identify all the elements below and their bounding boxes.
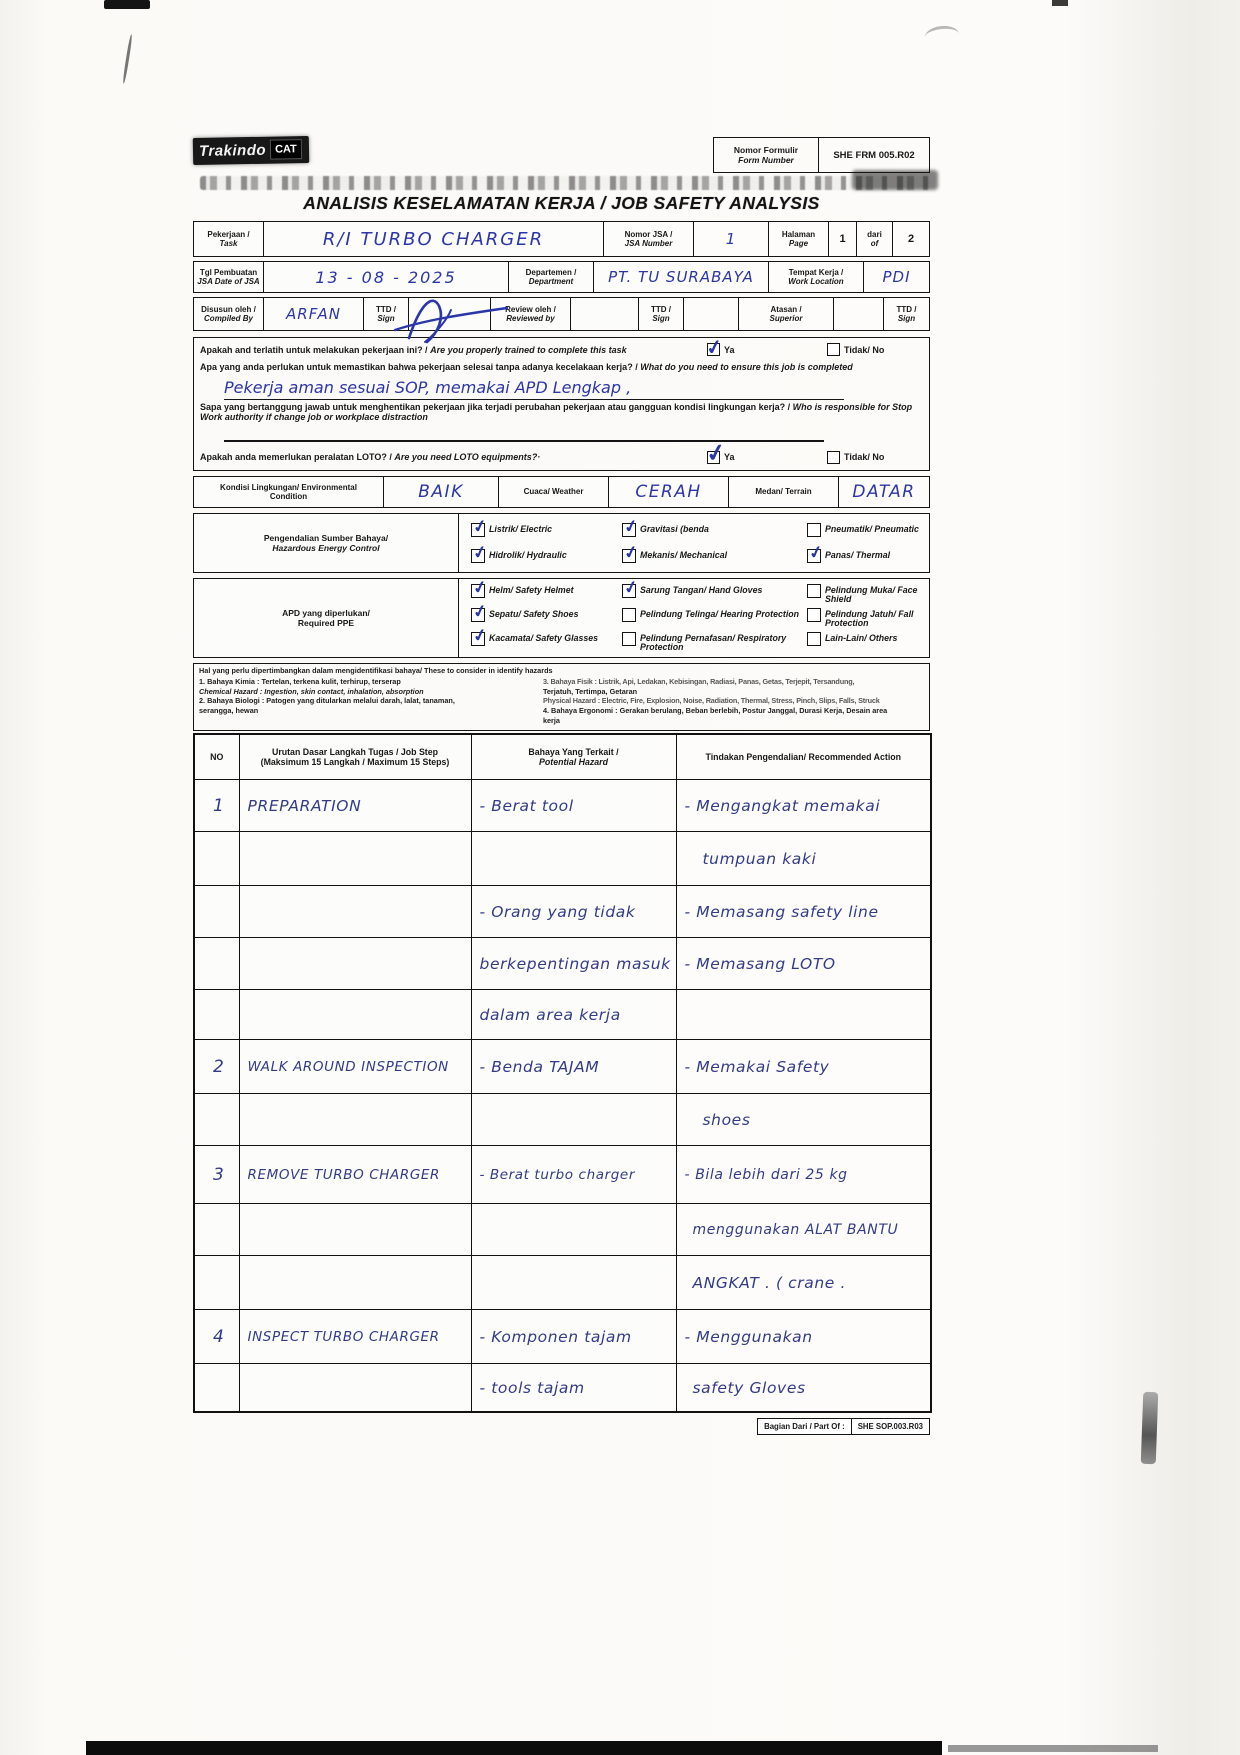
form-number-value: SHE FRM 005.R02	[819, 138, 929, 172]
question-loto-id: Apakah anda memerlukan peralatan LOTO? /	[200, 452, 392, 462]
question-trained-en: Are you properly trained to complete thi…	[430, 345, 627, 355]
questions-box: Apakah and terlatih untuk melakukan peke…	[193, 337, 930, 471]
header-no: NO	[194, 734, 239, 780]
checkbox-icon: ✓	[807, 549, 821, 563]
part-of-value: SHE SOP.003.R03	[852, 1418, 930, 1435]
task-row: Pekerjaan /Task R/I TURBO CHARGER Nomor …	[193, 221, 930, 257]
question-trained: Apakah and terlatih untuk melakukan peke…	[200, 341, 923, 358]
checkbox-icon: ✓	[707, 343, 720, 356]
yes-label: Ya	[724, 345, 735, 355]
checkmark-icon: ✓	[622, 516, 640, 539]
checkbox-icon	[807, 632, 821, 646]
no-label: Tidak/ No	[844, 345, 884, 355]
signature-icon	[395, 290, 515, 346]
form-footer: Bagian Dari / Part Of : SHE SOP.003.R03	[193, 1418, 930, 1435]
table-row: - tools tajam safety Gloves	[194, 1364, 931, 1412]
question-ensure-id: Apa yang anda perlukan untuk memastikan …	[200, 362, 638, 372]
page-title: ANALISIS KESELAMATAN KERJA / JOB SAFETY …	[193, 193, 930, 214]
choice-yes-trained: ✓ Ya	[707, 343, 827, 356]
page-label: HalamanPage	[769, 222, 829, 256]
of-value: 2	[893, 222, 929, 256]
terrain-value: DATAR	[839, 477, 929, 507]
sign-label-3: TTD /Sign	[884, 298, 929, 330]
scan-artifact	[1052, 0, 1068, 6]
hazard-notes-title: Hal yang perlu dipertimbangkan dalam men…	[199, 667, 924, 676]
terrain-label: Medan/ Terrain	[729, 477, 839, 507]
scan-artifact	[1141, 1392, 1159, 1464]
energy-control-label: Pengendalian Sumber Bahaya/ Hazardous En…	[194, 514, 459, 572]
table-row: shoes	[194, 1094, 931, 1146]
header-hazard: Bahaya Yang Terkait / Potential Hazard	[471, 734, 676, 780]
checkbox-icon: ✓	[622, 584, 636, 598]
energy-control-grid: ✓ Listrik/ Electric ✓ Gravitasi (benda P…	[459, 514, 929, 572]
date-row: Tgl PembuatanJSA Date of JSA 13 - 08 - 2…	[193, 261, 930, 293]
scan-artifact	[122, 34, 133, 84]
question-trained-id: Apakah and terlatih untuk melakukan peke…	[200, 345, 428, 355]
superior-value	[834, 298, 884, 330]
table-row: berkepentingan masuk - Memasang LOTO	[194, 938, 931, 990]
compiled-by-value: ARFAN	[264, 298, 364, 330]
checkmark-icon: ✓	[471, 516, 489, 539]
checkbox-icon: ✓	[471, 608, 485, 622]
form-header: Trakindo CAT Nomor Formulir Form Number …	[193, 137, 930, 177]
checkbox-icon	[807, 523, 821, 537]
task-label: Pekerjaan /Task	[194, 222, 264, 256]
jsa-form: Trakindo CAT Nomor Formulir Form Number …	[193, 137, 930, 1435]
checkbox-pelindung-pernafasan: Pelindung Pernafasan/ Respiratory Protec…	[622, 632, 807, 653]
checkbox-gravitasi: ✓ Gravitasi (benda	[622, 523, 807, 537]
checkmark-icon: ✓	[704, 334, 725, 362]
scan-artifact	[86, 1741, 942, 1755]
trakindo-logo: Trakindo CAT	[193, 136, 309, 165]
checkbox-icon	[807, 584, 821, 598]
part-of-label: Bagian Dari / Part Of :	[757, 1418, 852, 1435]
environment-row: Kondisi Lingkungan/ Environmental Condit…	[193, 476, 930, 508]
location-value: PDI	[864, 262, 929, 292]
checkbox-pelindung-telinga: Pelindung Telinga/ Hearing Protection	[622, 608, 807, 629]
hazard-notes-box: Hal yang perlu dipertimbangkan dalam men…	[193, 663, 930, 731]
jsa-number-value: 1	[694, 222, 769, 256]
checkbox-icon: ✓	[471, 549, 485, 563]
job-step-table: NO Urutan Dasar Langkah Tugas / Job Step…	[193, 733, 932, 1413]
scanned-page: Trakindo CAT Nomor Formulir Form Number …	[0, 0, 1240, 1755]
question-ensure: Apa yang anda perlukan untuk memastikan …	[200, 358, 923, 375]
table-row: ANGKAT . ( crane .	[194, 1256, 931, 1310]
superior-label: Atasan /Superior	[739, 298, 834, 330]
header-step: Urutan Dasar Langkah Tugas / Job Step (M…	[239, 734, 471, 780]
checkbox-pelindung-muka: Pelindung Muka/ Face Shield	[807, 584, 925, 605]
header-action: Tindakan Pengendalian/ Recommended Actio…	[676, 734, 931, 780]
task-label-en: Task	[207, 239, 249, 249]
choice-yes-loto: ✓ Ya	[707, 451, 827, 464]
checkmark-icon: ✓	[807, 542, 825, 565]
table-row: 2 WALK AROUND INSPECTION - Benda TAJAM -…	[194, 1040, 931, 1094]
ppe-row: APD yang diperlukan/ Required PPE ✓ Helm…	[193, 578, 930, 658]
date-label: Tgl PembuatanJSA Date of JSA	[194, 262, 264, 292]
form-number-label-id: Nomor Formulir	[734, 145, 798, 155]
table-row: - Orang yang tidak - Memasang safety lin…	[194, 886, 931, 938]
table-row: 3 REMOVE TURBO CHARGER - Berat turbo cha…	[194, 1146, 931, 1204]
question-stopwork-id: Sapa yang bertanggung jawab untuk menghe…	[200, 402, 793, 412]
question-stopwork: Sapa yang bertanggung jawab untuk menghe…	[200, 402, 923, 422]
checkmark-icon: ✓	[471, 542, 489, 565]
date-value: 13 - 08 - 2025	[264, 262, 509, 292]
ppe-grid: ✓ Helm/ Safety Helmet ✓ Sarung Tangan/ H…	[459, 579, 929, 657]
table-row: menggunakan ALAT BANTU	[194, 1204, 931, 1256]
checkmark-icon: ✓	[622, 576, 640, 599]
energy-control-row: Pengendalian Sumber Bahaya/ Hazardous En…	[193, 513, 930, 573]
task-value: R/I TURBO CHARGER	[264, 222, 604, 256]
checkbox-mekanis: ✓ Mekanis/ Mechanical	[622, 549, 807, 563]
department-label: Departemen /Department	[509, 262, 594, 292]
checkbox-lain-lain: Lain-Lain/ Others	[807, 632, 925, 653]
question-stopwork-answer	[224, 428, 824, 442]
page-value: 1	[829, 222, 857, 256]
checkbox-panas: ✓ Panas/ Thermal	[807, 549, 925, 563]
checkbox-icon: ✓	[707, 451, 720, 464]
checkbox-kacamata: ✓ Kacamata/ Safety Glasses	[459, 632, 622, 653]
checkbox-pelindung-jatuh: Pelindung Jatuh/ Fall Protection	[807, 608, 925, 629]
table-row: 4 INSPECT TURBO CHARGER - Komponen tajam…	[194, 1310, 931, 1364]
form-number-label: Nomor Formulir Form Number	[714, 138, 819, 172]
task-label-id: Pekerjaan /	[207, 230, 249, 239]
condition-value: BAIK	[384, 477, 499, 507]
form-number-box: Nomor Formulir Form Number SHE FRM 005.R…	[713, 137, 930, 173]
question-loto-en: Are you need LOTO equipments?·	[394, 452, 540, 462]
choice-no-trained: Tidak/ No	[827, 343, 923, 356]
compiled-signature	[409, 298, 491, 330]
checkbox-icon	[622, 608, 636, 622]
checkbox-icon	[622, 632, 636, 646]
table-row: dalam area kerja	[194, 990, 931, 1040]
weather-value: CERAH	[609, 477, 729, 507]
checkbox-pneumatik: Pneumatik/ Pneumatic	[807, 523, 925, 537]
checkbox-icon	[827, 451, 840, 464]
choice-no-loto: Tidak/ No	[827, 451, 923, 464]
checkmark-icon: ✓	[622, 542, 640, 565]
table-header-row: NO Urutan Dasar Langkah Tugas / Job Step…	[194, 734, 931, 780]
sign-label-2: TTD /Sign	[639, 298, 684, 330]
no-label: Tidak/ No	[844, 452, 884, 462]
compiled-row: Disusun oleh /Compiled By ARFAN TTD /Sig…	[193, 297, 930, 331]
of-label: dariof	[857, 222, 893, 256]
question-ensure-answer: Pekerja aman sesuai SOP, memakai APD Len…	[224, 377, 844, 400]
checkbox-sarung-tangan: ✓ Sarung Tangan/ Hand Gloves	[622, 584, 807, 605]
checkbox-hidrolik: ✓ Hidrolik/ Hydraulic	[459, 549, 622, 563]
checkbox-icon	[807, 608, 821, 622]
question-loto: Apakah anda memerlukan peralatan LOTO? /…	[200, 446, 923, 468]
weather-label: Cuaca/ Weather	[499, 477, 609, 507]
hazard-notes-left: 1. Bahaya Kimia : Tertelan, terkena kuli…	[199, 678, 543, 727]
scan-artifact	[924, 24, 960, 46]
trakindo-logo-text: Trakindo	[199, 141, 266, 159]
scan-artifact	[948, 1745, 1158, 1752]
location-label: Tempat Kerja /Work Location	[769, 262, 864, 292]
reviewed-sign-value	[684, 298, 739, 330]
checkbox-icon: ✓	[471, 584, 485, 598]
checkbox-icon: ✓	[622, 523, 636, 537]
scan-artifact	[104, 0, 150, 9]
checkbox-listrik-electric: ✓ Listrik/ Electric	[459, 523, 622, 537]
jsa-number-label: Nomor JSA /JSA Number	[604, 222, 694, 256]
table-row: tumpuan kaki	[194, 832, 931, 886]
ppe-label: APD yang diperlukan/ Required PPE	[194, 579, 459, 657]
checkbox-icon	[827, 343, 840, 356]
checkbox-icon: ✓	[622, 549, 636, 563]
checkbox-icon: ✓	[471, 632, 485, 646]
condition-label: Kondisi Lingkungan/ Environmental Condit…	[194, 477, 384, 507]
compiled-by-label: Disusun oleh /Compiled By	[194, 298, 264, 330]
reviewed-by-value	[571, 298, 639, 330]
cat-logo: CAT	[270, 139, 302, 160]
checkmark-icon: ✓	[471, 576, 489, 599]
table-row: 1 PREPARATION - Berat tool - Mengangkat …	[194, 780, 931, 832]
form-number-label-en: Form Number	[738, 155, 794, 165]
hazard-notes-right: 3. Bahaya Fisik : Listrik, Api, Ledakan,…	[543, 678, 924, 727]
question-ensure-en: What do you need to ensure this job is c…	[640, 362, 853, 372]
checkbox-icon: ✓	[471, 523, 485, 537]
department-value: PT. TU SURABAYA	[594, 262, 769, 292]
